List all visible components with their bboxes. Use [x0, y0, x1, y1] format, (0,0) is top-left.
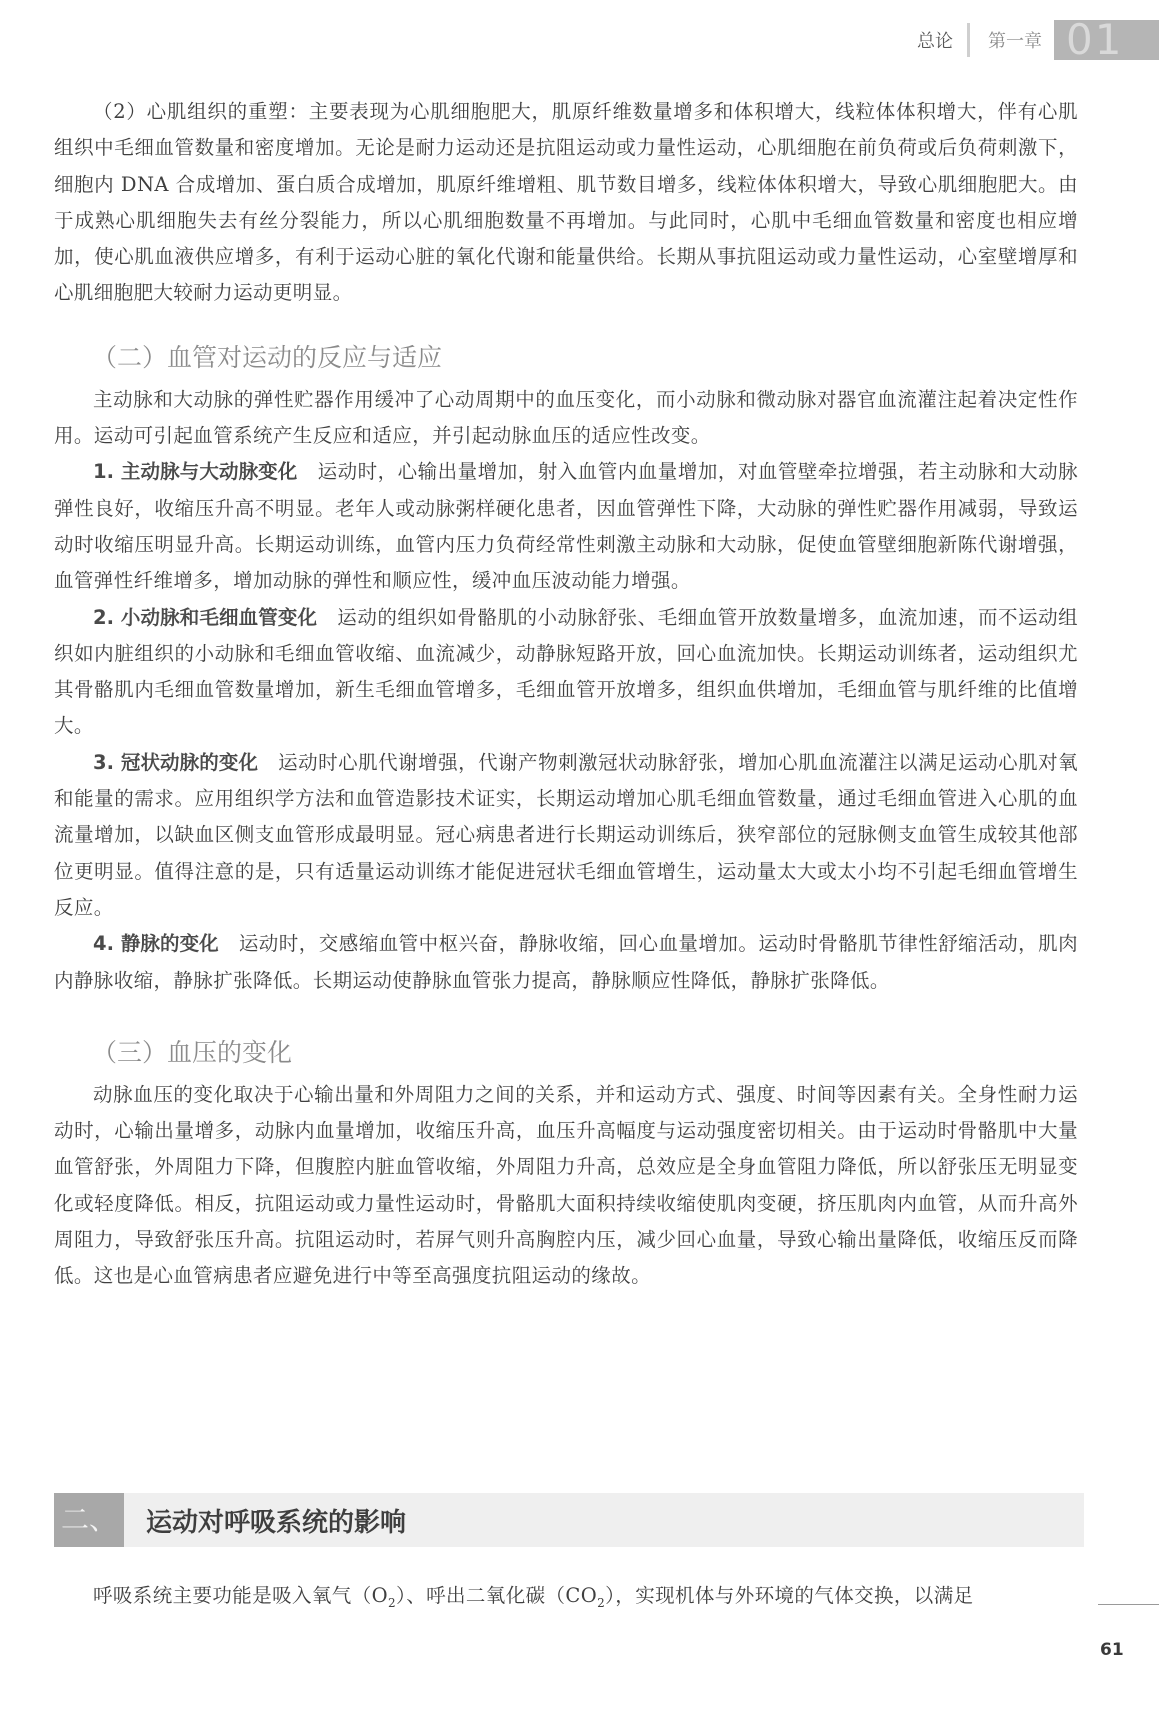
text-fragment: ），实现机体与外环境的气体交换，以满足	[605, 1584, 973, 1607]
item-coronary: 3. 冠状动脉的变化 运动时心肌代谢增强，代谢产物刺激冠状动脉舒张，增加心肌血流…	[54, 745, 1078, 926]
paragraph-blood-pressure: 动脉血压的变化取决于心输出量和外周阻力之间的关系，并和运动方式、强度、时间等因素…	[54, 1077, 1078, 1295]
header-divider	[967, 23, 970, 57]
paragraph-vascular-intro: 主动脉和大动脉的弹性贮器作用缓冲了心动周期中的血压变化，而小动脉和微动脉对器官血…	[54, 382, 1078, 455]
chapter-number-badge: 01	[1054, 20, 1159, 60]
text-fragment: 呼吸系统主要功能是吸入氧气（O	[93, 1584, 388, 1607]
item-aorta: 1. 主动脉与大动脉变化 运动时，心输出量增加，射入血管内血量增加，对血管壁牵拉…	[54, 454, 1078, 599]
footer-rule	[1098, 1604, 1159, 1605]
item-title: 1. 主动脉与大动脉变化	[93, 460, 297, 483]
subheading-blood-pressure: （三）血压的变化	[54, 1033, 1078, 1069]
header-chapter-label: 第一章	[988, 27, 1042, 53]
item-title: 2. 小动脉和毛细血管变化	[93, 606, 317, 629]
running-header: 总论 第一章 01	[917, 20, 1159, 60]
banner-title: 运动对呼吸系统的影响	[146, 1502, 406, 1539]
item-arterioles-capillaries: 2. 小动脉和毛细血管变化 运动的组织如骨骼肌的小动脉舒张、毛细血管开放数量增多…	[54, 600, 1078, 745]
item-title: 4. 静脉的变化	[93, 932, 219, 955]
text-fragment: ）、呼出二氧化碳（CO	[396, 1584, 597, 1607]
paragraph-myocardial-remodeling: （2）心肌组织的重塑：主要表现为心肌细胞肥大，肌原纤维数量增多和体积增大，线粒体…	[54, 94, 1078, 312]
page-number: 61	[1100, 1640, 1124, 1660]
item-veins: 4. 静脉的变化 运动时，交感缩血管中枢兴奋，静脉收缩，回心血量增加。运动时骨骼…	[54, 926, 1078, 999]
section-banner-respiratory: 二、 运动对呼吸系统的影响	[54, 1493, 1084, 1547]
page-body: （2）心肌组织的重塑：主要表现为心肌细胞肥大，肌原纤维数量增多和体积增大，线粒体…	[54, 94, 1078, 1295]
subheading-vascular-response: （二）血管对运动的反应与适应	[54, 338, 1078, 374]
item-title: 3. 冠状动脉的变化	[93, 751, 258, 774]
banner-number: 二、	[54, 1493, 124, 1547]
subscript: 2	[597, 1596, 605, 1610]
subscript: 2	[388, 1596, 396, 1610]
header-section-label: 总论	[917, 27, 953, 53]
paragraph-respiratory-intro: 呼吸系统主要功能是吸入氧气（O2）、呼出二氧化碳（CO2），实现机体与外环境的气…	[54, 1578, 1084, 1621]
item-text: 运动时心肌代谢增强，代谢产物刺激冠状动脉舒张，增加心肌血流灌注以满足运动心肌对氧…	[54, 751, 1078, 919]
